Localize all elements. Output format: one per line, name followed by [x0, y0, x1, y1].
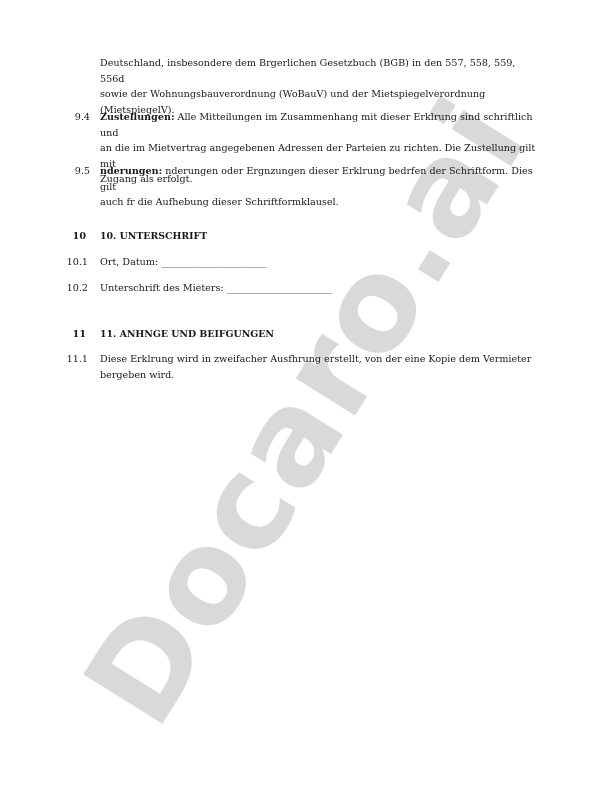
section-heading: 11. ANHNGE UND BEIFGUNGEN [100, 327, 540, 343]
clause-number: 10.1 [60, 255, 88, 271]
section-heading: 10. UNTERSCHRIFT [100, 229, 540, 245]
clause-number: 9.4 [60, 110, 90, 126]
clause-number: 9.5 [60, 164, 90, 180]
text-line: Diese Erklrung wird in zweifacher Ausfhr… [100, 352, 540, 368]
signature-field-date: Ort, Datum: ______________________ [100, 255, 540, 271]
clause-title: Zustellungen: [100, 112, 174, 123]
text-line: auch fr die Aufhebung dieser Schriftform… [100, 195, 540, 211]
text-line: sowie der Wohnungsbauverordnung (WoBauV)… [100, 87, 540, 103]
signature-field-tenant: Unterschrift des Mieters: ______________… [100, 281, 540, 297]
clause-number: 10.2 [60, 281, 88, 297]
clause-title: nderungen: [100, 166, 162, 177]
text-line: nderungen: nderungen oder Ergnzungen die… [100, 164, 540, 195]
section-number: 10 [60, 229, 86, 245]
text-line: Deutschland, insbesondere dem Brgerliche… [100, 56, 540, 87]
section-number: 11 [60, 327, 86, 343]
document-page: Docaro.ai Deutschland, insbesondere dem … [0, 0, 612, 792]
clause-number: 11.1 [60, 352, 88, 368]
text-line: bergeben wird. [100, 368, 540, 384]
text-line: Zustellungen: Alle Mitteilungen im Zusam… [100, 110, 540, 141]
